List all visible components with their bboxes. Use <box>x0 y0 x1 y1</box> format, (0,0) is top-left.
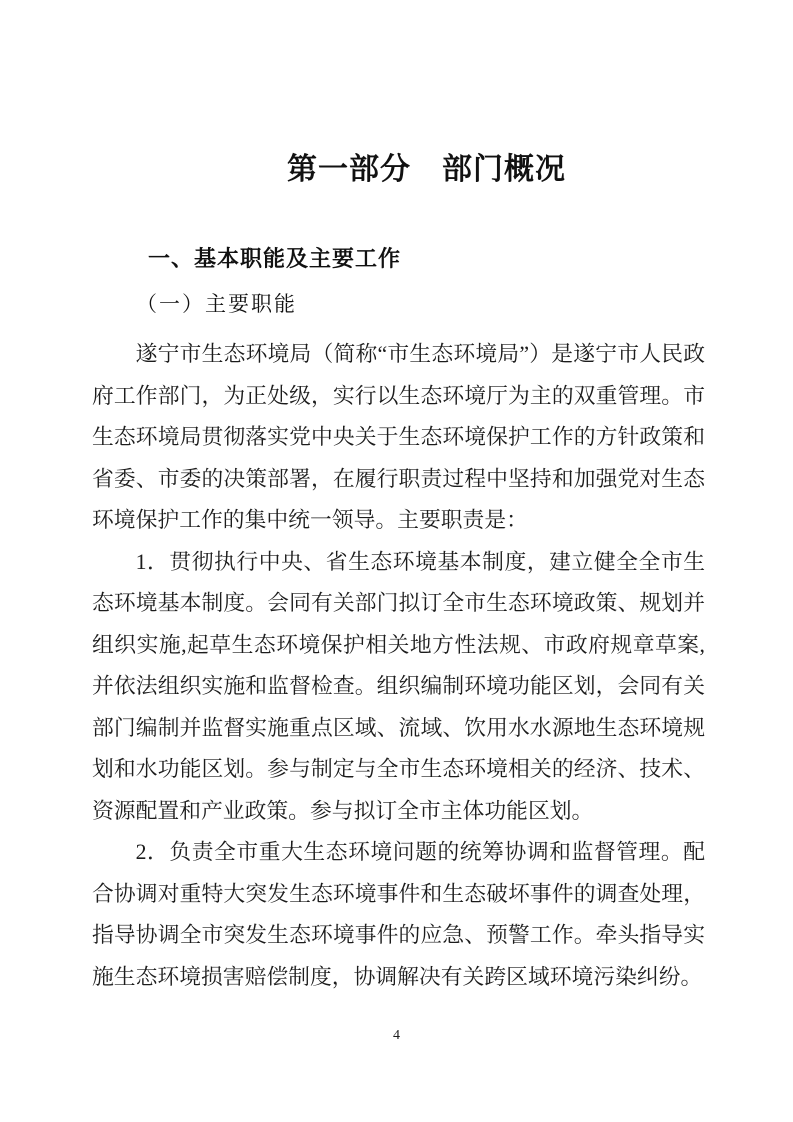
body-text: 遂宁市生态环境局（简称“市生态环境局”）是遂宁市人民政府工作部门，为正处级，实行… <box>92 334 705 998</box>
body-paragraph: 2．负责全市重大生态环境问题的统筹协调和监督管理。配合协调对重特大突发生态环境事… <box>92 832 705 998</box>
subsection-heading: （一）主要职能 <box>92 289 705 319</box>
document-content: 第一部分 部门概况 一、基本职能及主要工作 （一）主要职能 遂宁市生态环境局（简… <box>0 0 793 998</box>
document-title: 第一部分 部门概况 <box>120 0 733 192</box>
body-paragraph: 遂宁市生态环境局（简称“市生态环境局”）是遂宁市人民政府工作部门，为正处级，实行… <box>92 334 705 542</box>
document-page: 第一部分 部门概况 一、基本职能及主要工作 （一）主要职能 遂宁市生态环境局（简… <box>0 0 793 1122</box>
section-heading: 一、基本职能及主要工作 <box>92 244 705 274</box>
body-paragraph: 1．贯彻执行中央、省生态环境基本制度，建立健全全市生态环境基本制度。会同有关部门… <box>92 542 705 833</box>
page-number: 4 <box>0 1028 793 1044</box>
